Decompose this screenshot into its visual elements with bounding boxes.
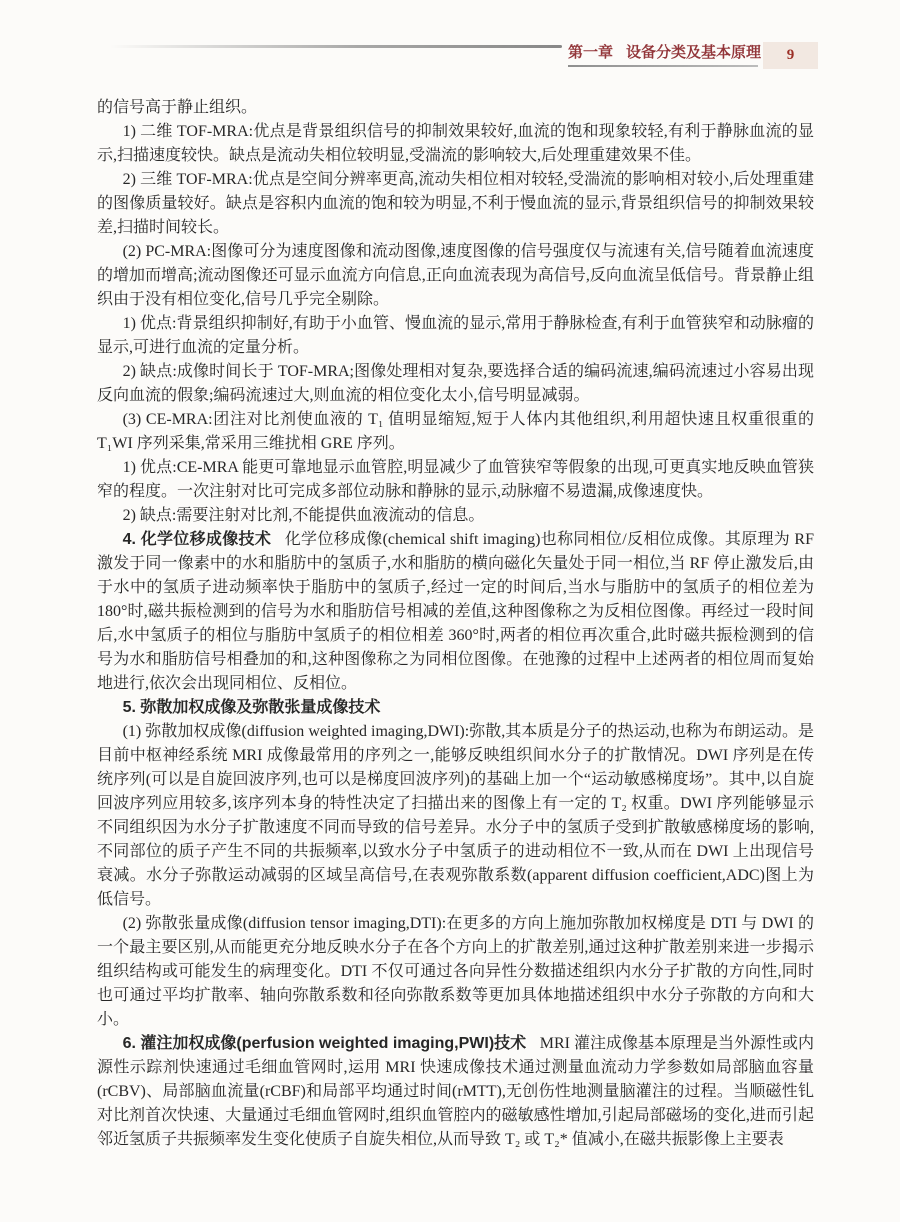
paragraph: (3) CE-MRA:团注对比剂使血液的 T₁ 值明显缩短,短于人体内其他组织,… [97, 408, 814, 456]
paragraph-text: 1) 优点:CE-MRA 能更可靠地显示血管腔,明显减少了血管狭窄等假象的出现,… [97, 459, 814, 500]
paragraph-text: 1) 优点:背景组织抑制好,有助于小血管、慢血流的显示,常用于静脉检查,有利于血… [97, 315, 814, 356]
paragraph: 1) 优点:背景组织抑制好,有助于小血管、慢血流的显示,常用于静脉检查,有利于血… [97, 312, 814, 360]
paragraph-text: (3) CE-MRA:团注对比剂使血液的 T₁ 值明显缩短,短于人体内其他组织,… [97, 411, 814, 452]
section-heading-4: 4. 化学位移成像技术 [123, 531, 272, 548]
paragraph-text: 的信号高于静止组织。 [97, 99, 257, 116]
page-number: 9 [787, 47, 795, 64]
paragraph-text: 化学位移成像(chemical shift imaging)也称同相位/反相位成… [97, 531, 814, 692]
paragraph: 6. 灌注加权成像(perfusion weighted imaging,PWI… [97, 1032, 814, 1152]
paragraph: 2) 三维 TOF-MRA:优点是空间分辨率更高,流动失相位相对较轻,受湍流的影… [97, 168, 814, 240]
page-content: 的信号高于静止组织。 1) 二维 TOF-MRA:优点是背景组织信号的抑制效果较… [97, 96, 814, 1152]
paragraph: (2) 弥散张量成像(diffusion tensor imaging,DTI)… [97, 912, 814, 1032]
paragraph-text: 2) 三维 TOF-MRA:优点是空间分辨率更高,流动失相位相对较轻,受湍流的影… [97, 171, 814, 236]
header-rule-under [568, 65, 758, 67]
paragraph: 1) 优点:CE-MRA 能更可靠地显示血管腔,明显减少了血管狭窄等假象的出现,… [97, 456, 814, 504]
header-rule-left [110, 45, 562, 48]
book-page: 第一章设备分类及基本原理 9 的信号高于静止组织。 1) 二维 TOF-MRA:… [0, 0, 900, 1222]
paragraph-text: (2) PC-MRA:图像可分为速度图像和流动图像,速度图像的信号强度仅与流速有… [97, 243, 814, 308]
chapter-number: 第一章 [568, 44, 613, 61]
chapter-header: 第一章设备分类及基本原理 [568, 44, 758, 62]
section-heading-5: 5. 弥散加权成像及弥散张量成像技术 [123, 699, 381, 716]
paragraph-text: 2) 缺点:成像时间长于 TOF-MRA;图像处理相对复杂,要选择合适的编码流速… [97, 363, 814, 404]
page-number-box: 9 [763, 42, 818, 69]
paragraph: (1) 弥散加权成像(diffusion weighted imaging,DW… [97, 720, 814, 912]
paragraph-text: (1) 弥散加权成像(diffusion weighted imaging,DW… [97, 723, 814, 908]
section-heading-6: 6. 灌注加权成像(perfusion weighted imaging,PWI… [123, 1035, 527, 1052]
paragraph-text: (2) 弥散张量成像(diffusion tensor imaging,DTI)… [97, 915, 814, 1028]
paragraph: (2) PC-MRA:图像可分为速度图像和流动图像,速度图像的信号强度仅与流速有… [97, 240, 814, 312]
paragraph: 2) 缺点:需要注射对比剂,不能提供血液流动的信息。 [97, 504, 814, 528]
paragraph-text: 1) 二维 TOF-MRA:优点是背景组织信号的抑制效果较好,血流的饱和现象较轻… [97, 123, 814, 164]
paragraph: 2) 缺点:成像时间长于 TOF-MRA;图像处理相对复杂,要选择合适的编码流速… [97, 360, 814, 408]
paragraph: 的信号高于静止组织。 [97, 96, 814, 120]
paragraph: 1) 二维 TOF-MRA:优点是背景组织信号的抑制效果较好,血流的饱和现象较轻… [97, 120, 814, 168]
paragraph-text: 2) 缺点:需要注射对比剂,不能提供血液流动的信息。 [123, 507, 485, 524]
paragraph: 5. 弥散加权成像及弥散张量成像技术 [97, 696, 814, 720]
paragraph: 4. 化学位移成像技术化学位移成像(chemical shift imaging… [97, 528, 814, 696]
chapter-title: 设备分类及基本原理 [626, 44, 761, 61]
